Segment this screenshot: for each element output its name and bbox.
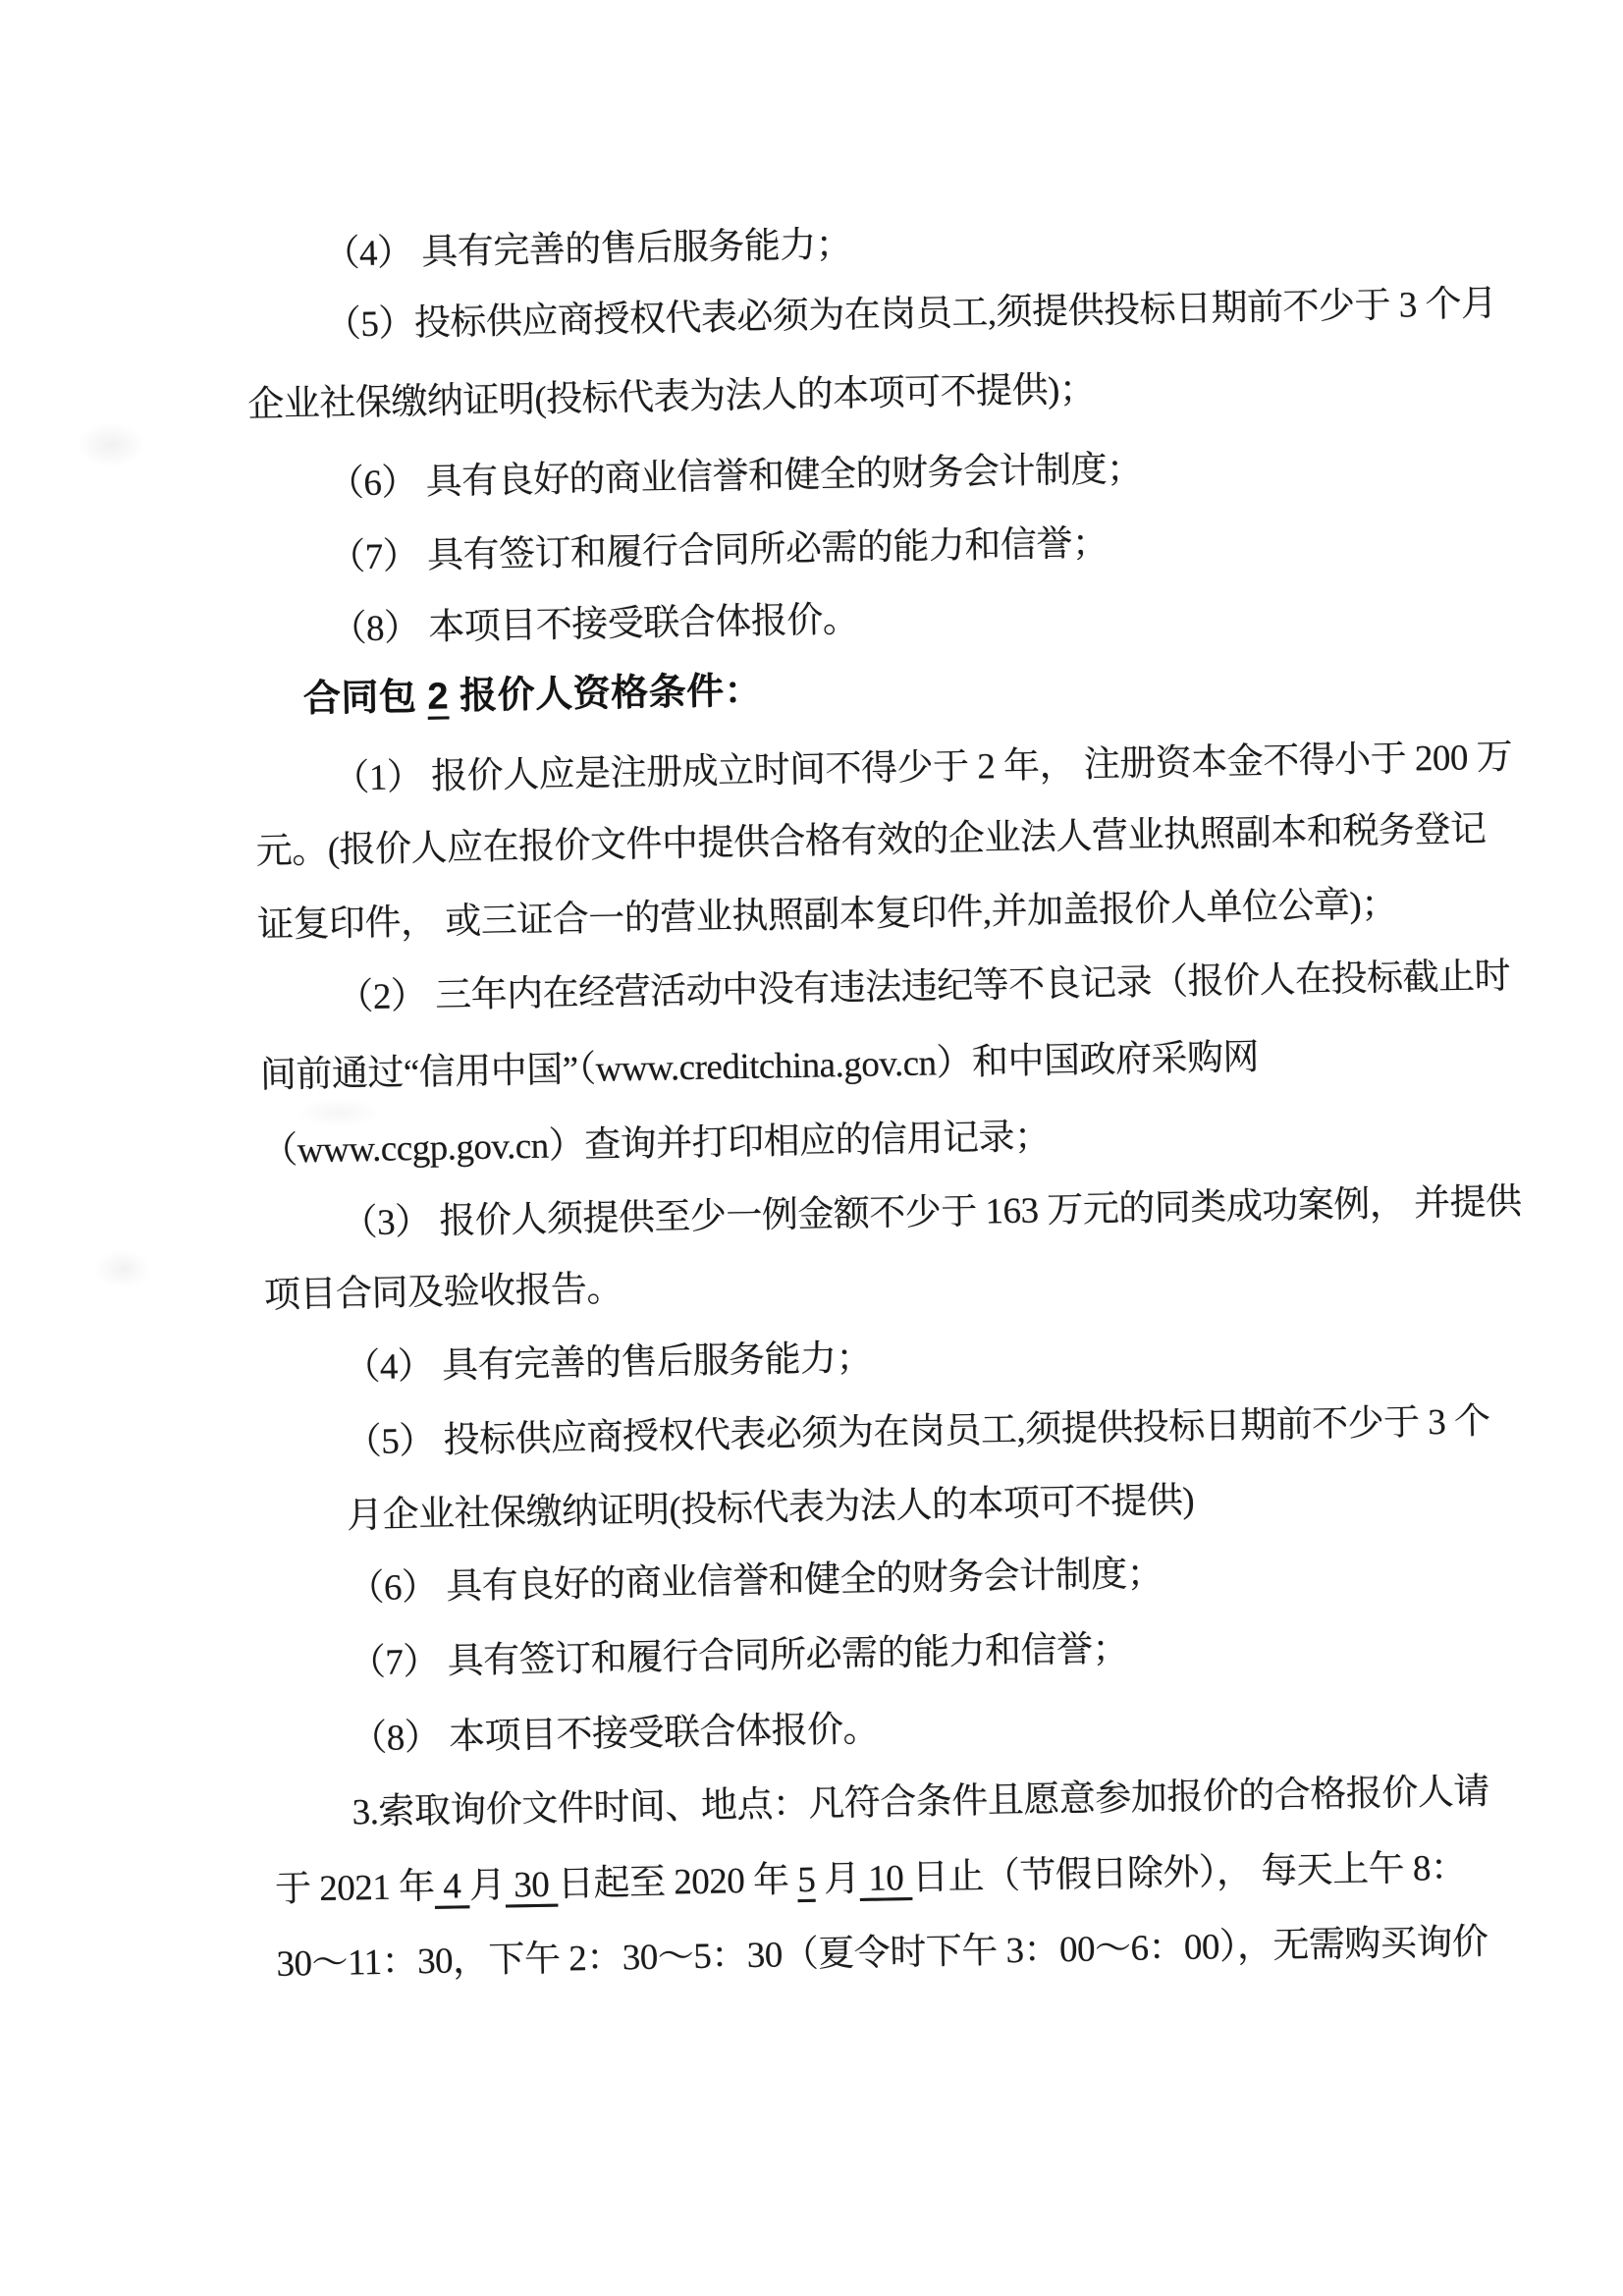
line-item3-b: （3） 报价人须提供至少一例金额不少于 163 万元的同类成功案例， 并提供 [341,1179,1522,1246]
date-seg4: 月 [815,1859,860,1900]
date-seg2: 月 [469,1866,506,1907]
line-item8-a: （8） 本项目不接受联合体报价。 [330,598,859,653]
date-day-blank: 30 [505,1865,558,1906]
line-item6-a: （6） 具有良好的商业信誉和健全的财务会计制度； [327,447,1142,507]
document-text-block: （4） 具有完善的售后服务能力； （5）投标供应商授权代表必须为在岗员工,须提供… [0,0,1623,2296]
line-item2-b: （2） 三年内在经营活动中没有违法违纪等不良记录（报价人在投标截止时 [337,955,1510,1021]
line-item2-b-cont1: 间前通过“信用中国”（www.creditchina.gov.cn）和中国政府采… [260,1035,1260,1099]
heading-package-2: 合同包 2 报价人资格条件： [302,669,762,723]
line-item5-b: （5） 投标供应商授权代表必须为在岗员工,须提供投标日期前不少于 3 个 [345,1399,1490,1465]
date-day2-blank: 10 [859,1858,912,1899]
line-item1-b: （1） 报价人应是注册成立时间不得少于 2 年， 注册资本金不得小于 200 万 [333,736,1513,802]
date-seg3: 日起至 2020 年 [558,1860,798,1904]
line-date-range: 于 2021 年 4 月 30 日起至 2020 年 5 月 10 日止（节假日… [275,1846,1467,1913]
date-seg1: 于 2021 年 [275,1867,435,1910]
heading-suffix: 报价人资格条件： [449,671,763,718]
line-item7-b: （7） 具有签订和履行合同所必需的能力和信誉； [349,1627,1128,1687]
scanned-document-page: （4） 具有完善的售后服务能力； （5）投标供应商授权代表必须为在岗员工,须提供… [0,0,1623,2296]
date-seg5: 日止（节假日除外）， 每天上午 8： [912,1848,1467,1898]
line-office-hours: 30～11：30，下午 2：30～5：30（夏令时下午 3：00～6：00），无… [276,1920,1488,1988]
line-item3-b-cont: 项目合同及验收报告。 [264,1267,623,1319]
line-item4-a: （4） 具有完善的售后服务能力； [323,223,852,278]
date-month-blank: 4 [434,1866,469,1907]
line-item4-b: （4） 具有完善的售后服务能力； [344,1337,873,1392]
heading-prefix: 合同包 [303,677,428,720]
line-item1-b-cont1: 元。(报价人应在报价文件中提供合格有效的企业法人营业执照副本和税务登记 [255,807,1486,875]
line-item5-b-cont: 月企业社保缴纳证明(投标代表为法人的本项可不提供) [347,1479,1195,1540]
line-item2-b-cont2: （www.ccgp.gov.cn）查询并打印相应的信用记录； [261,1115,1051,1175]
line-item5-a-cont: 企业社保缴纳证明(投标代表为法人的本项可不提供)； [247,367,1096,428]
heading-underlined-number: 2 [427,676,449,717]
line-item8-b: （8） 本项目不接受联合体报价。 [351,1708,880,1763]
line-item7-a: （7） 具有签订和履行合同所必需的能力和信誉； [329,521,1109,581]
line-item1-b-cont2: 证复印件， 或三证合一的营业执照副本复印件,并加盖报价人单位公章)； [257,883,1397,949]
line-item5-a: （5）投标供应商授权代表必须为在岗员工,须提供投标日期前不少于 3 个月 [325,282,1497,349]
date-month2-blank: 5 [797,1860,816,1900]
line-section3-intro: 3.索取询价文件时间、地点：凡符合条件且愿意参加报价的合格报价人请 [352,1770,1489,1835]
line-item6-b: （6） 具有良好的商业信誉和健全的财务会计制度； [348,1552,1163,1612]
